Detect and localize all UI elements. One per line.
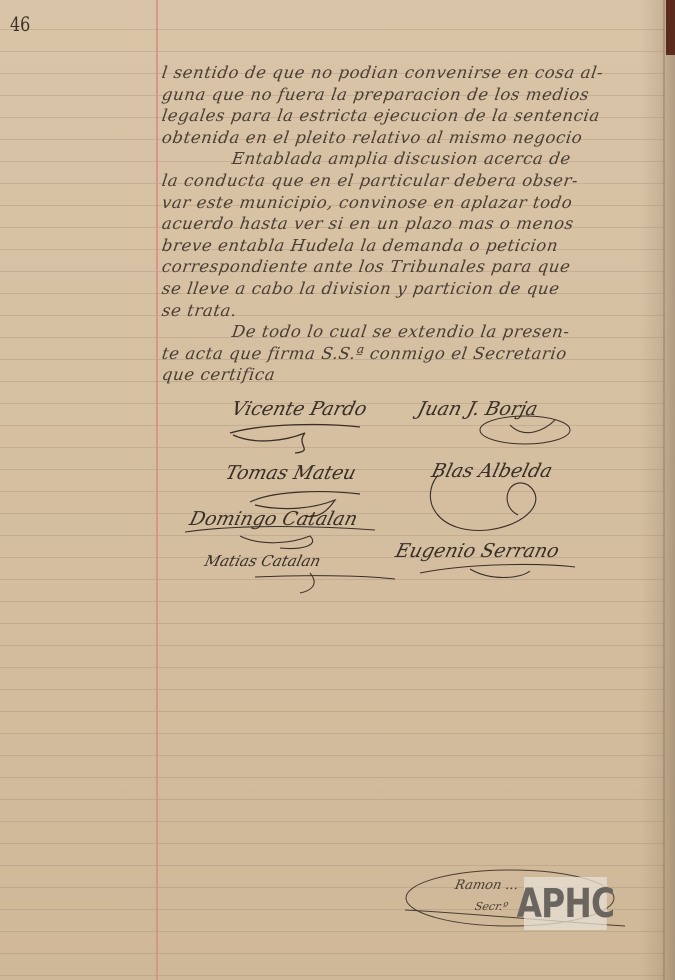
- text-line: legales para la estricta ejecucion de la…: [160, 105, 663, 127]
- secretary-title: Secr.º: [474, 900, 510, 913]
- text-line: que certifica: [160, 364, 663, 386]
- text-line: te acta que firma S.S.ª conmigo el Secre…: [160, 343, 663, 365]
- signature-domingo-catalan: Domingo Catalan: [187, 508, 360, 530]
- text-line: breve entabla Hudela la demanda o petici…: [160, 235, 663, 257]
- red-margin-rule: [156, 0, 158, 980]
- signature-vicente-pardo: Vicente Pardo: [229, 398, 369, 420]
- ledger-page: 46 l sentido de que no podian convenirse…: [0, 0, 675, 980]
- signature-juan-borja: Juan J. Borja: [415, 398, 540, 420]
- text-line: De todo lo cual se extendio la presen-: [160, 321, 663, 343]
- page-number: 46: [10, 12, 30, 36]
- text-line: se lleve a cabo la division y particion …: [160, 278, 663, 300]
- page-edge: [663, 0, 665, 980]
- handwritten-body: l sentido de que no podian convenirse en…: [162, 62, 662, 386]
- text-line: Entablada amplia discusion acerca de: [160, 148, 663, 170]
- signature-blas-albelda: Blas Albelda: [429, 460, 554, 482]
- text-line: obtenida en el pleito relativo al mismo …: [160, 127, 663, 149]
- text-line: se trata.: [160, 300, 663, 322]
- text-line: la conducta que en el particular debera …: [160, 170, 663, 192]
- text-line: correspondiente ante los Tribunales para…: [160, 256, 663, 278]
- text-line: acuerdo hasta ver si en un plazo mas o m…: [160, 213, 663, 235]
- archive-watermark: APHC: [524, 877, 607, 930]
- signature-eugenio-serrano: Eugenio Serrano: [393, 540, 561, 562]
- text-line: l sentido de que no podian convenirse en…: [160, 62, 663, 84]
- secretary-signature: Ramon …: [453, 878, 520, 893]
- text-line: guna que no fuera la preparacion de los …: [160, 84, 663, 106]
- signature-matias-catalan: Matias Catalan: [203, 552, 323, 570]
- book-binding: [666, 0, 675, 55]
- text-line: var este municipio, convinose en aplazar…: [160, 192, 663, 214]
- signature-tomas-mateu: Tomas Mateu: [223, 462, 358, 484]
